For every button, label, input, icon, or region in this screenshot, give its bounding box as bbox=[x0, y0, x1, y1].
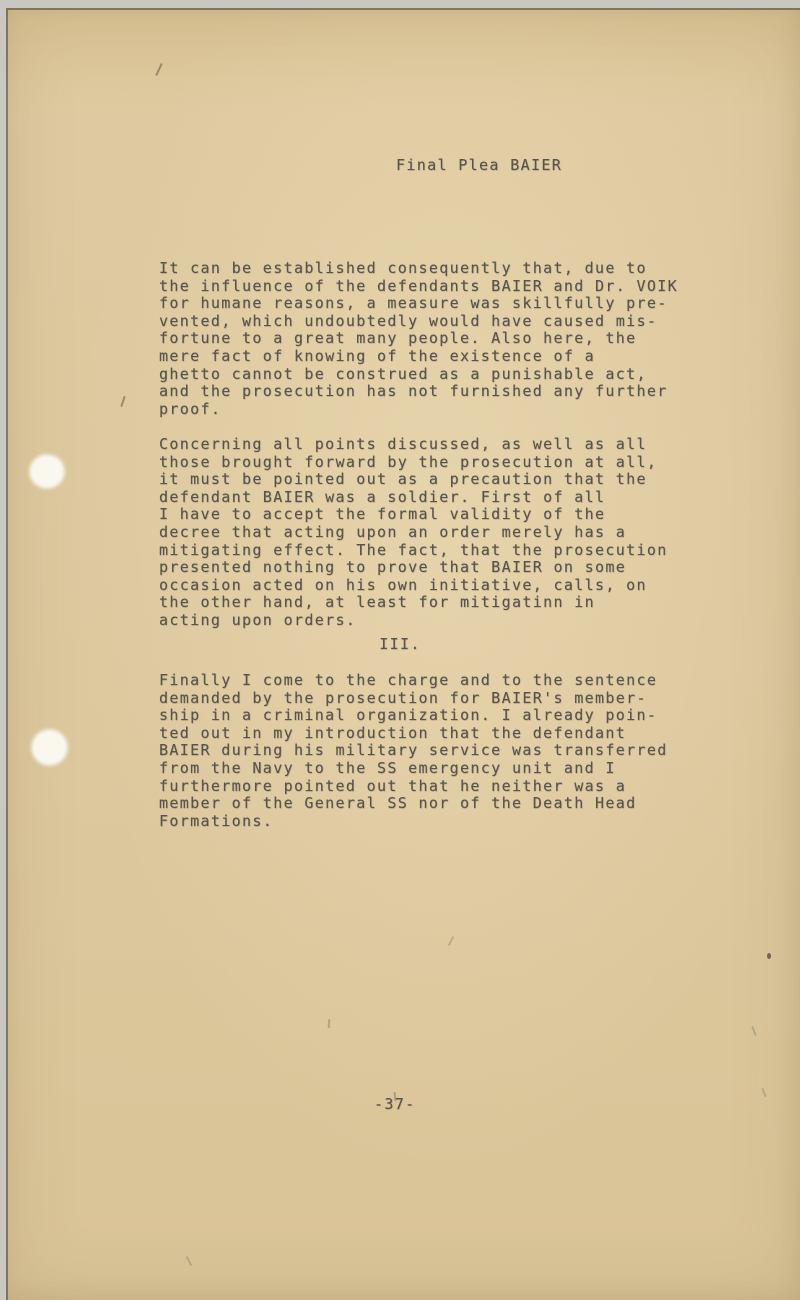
paper-speck bbox=[328, 1019, 331, 1028]
paper-speck bbox=[448, 936, 454, 946]
paper-speck bbox=[767, 953, 771, 959]
punch-hole-top bbox=[30, 455, 64, 488]
paper-speck bbox=[120, 396, 125, 407]
punch-hole-bottom bbox=[32, 730, 67, 765]
paragraph-2: Concerning all points discussed, as well… bbox=[159, 436, 668, 630]
paper-corner-notch bbox=[0, 0, 10, 14]
paragraph-3: Finally I come to the charge and to the … bbox=[159, 672, 668, 830]
paper-speck bbox=[186, 1256, 192, 1266]
paper-speck bbox=[155, 63, 162, 76]
paper-speck bbox=[751, 1026, 757, 1036]
page-number: -37- bbox=[374, 1096, 416, 1114]
document-title: Final Plea BAIER bbox=[396, 157, 562, 175]
section-heading: III. bbox=[0, 636, 800, 654]
paper-speck bbox=[762, 1088, 767, 1097]
paragraph-1: It can be established consequently that,… bbox=[159, 260, 678, 418]
